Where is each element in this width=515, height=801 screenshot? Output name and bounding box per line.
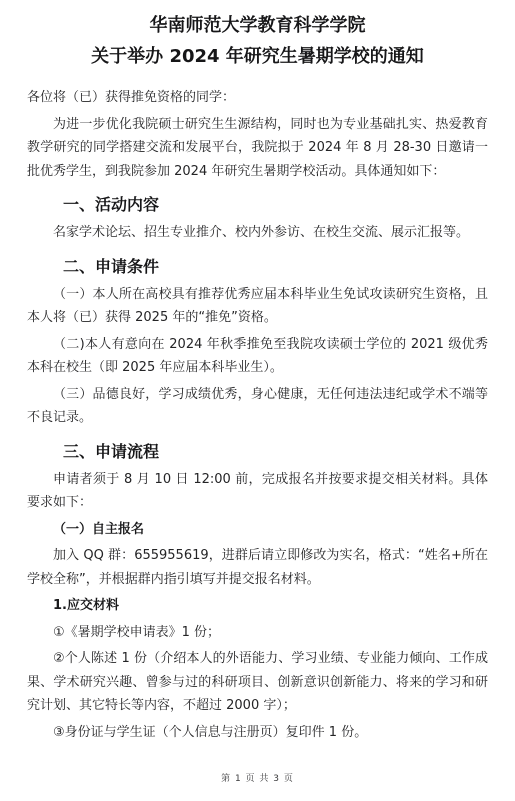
section-heading-requirements: 二、申请条件 (63, 254, 488, 280)
doc-title-line1: 华南师范大学教育科学学院 (27, 10, 488, 41)
process-deadline-paragraph: 申请者须于 8 月 10 日 12:00 前，完成报名并按要求提交相关材料。具体… (27, 468, 488, 515)
page-footer: 第 1 页 共 3 页 (0, 772, 515, 786)
material-item-2: ②个人陈述 1 份（介绍本人的外语能力、学习业绩、专业能力倾向、工作成果、学术研… (27, 647, 488, 718)
doc-title-line2: 关于举办 2024 年研究生暑期学校的通知 (27, 41, 488, 72)
requirement-item-3: （三）品德良好，学习成绩优秀，身心健康，无任何违法违纪或学术不端等不良记录。 (27, 383, 488, 430)
subsection-heading-self-registration: （一）自主报名 (27, 518, 488, 542)
material-item-3: ③身份证与学生证（个人信息与注册页）复印件 1 份。 (27, 721, 488, 745)
activities-body: 名家学术论坛、招生专业推介、校内外参访、在校生交流、展示汇报等。 (27, 221, 488, 245)
requirement-item-2: （二)本人有意向在 2024 年秋季推免至我院攻读硕士学位的 2021 级优秀本… (27, 333, 488, 380)
materials-heading: 1.应交材料 (27, 594, 488, 618)
section-heading-activities: 一、活动内容 (63, 192, 488, 218)
document-page: 华南师范大学教育科学学院 关于举办 2024 年研究生暑期学校的通知 各位将（已… (0, 0, 515, 801)
material-item-1: ①《暑期学校申请表》1 份； (27, 621, 488, 645)
intro-paragraph: 为进一步优化我院硕士研究生生源结构，同时也为专业基础扎实、热爱教育教学研究的同学… (27, 113, 488, 184)
salutation: 各位将（已）获得推免资格的同学： (27, 86, 488, 110)
section-heading-process: 三、申请流程 (63, 439, 488, 465)
requirement-item-1: （一）本人所在高校具有推荐优秀应届本科毕业生免试攻读研究生资格，且本人将（已）获… (27, 283, 488, 330)
qq-group-paragraph: 加入 QQ 群：655955619，进群后请立即修改为实名，格式：“姓名+所在学… (27, 544, 488, 591)
